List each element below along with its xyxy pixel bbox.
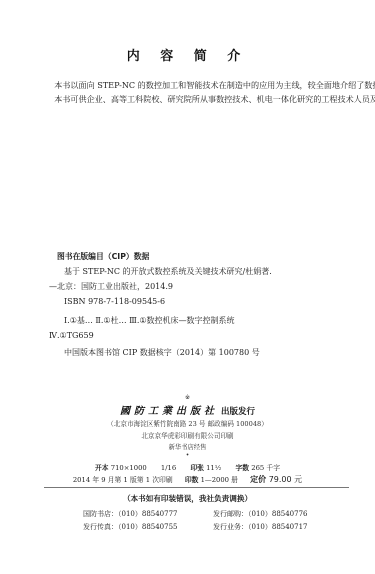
publisher-action: 出版发行 (221, 407, 255, 417)
summary-paragraph: 本书可供企业、高等工科院校、研究院所从事数控技术、机电一体化研究的工程技术人员及… (38, 93, 341, 107)
replacement-notice: （本书如有印装错误，我社负责调换） (0, 493, 375, 504)
book-specs: 开本 710×1000 1/16 印张 11½ 字数 265 千字 (0, 462, 375, 472)
cip-classification: Ⅰ.①基… Ⅱ.①杜… Ⅲ.①数控机床—数字控制系统 (57, 313, 272, 328)
publisher-address: （北京市海淀区紫竹院南路 23 号 邮政编码 100048） (0, 418, 375, 428)
cip-publisher-line: —北京：国防工业出版社，2014.9 (49, 279, 272, 294)
page-title: 内 容 简 介 (0, 45, 375, 64)
format-value: 710×1000 (111, 464, 147, 472)
separator-dot: • (0, 452, 375, 459)
fold: 1/16 (161, 464, 176, 472)
separator-mark: ※ (0, 394, 375, 401)
publisher-line: 國防工業出版社 出版发行 (0, 402, 375, 417)
cip-number: 中国版本图书馆 CIP 数据核字（2014）第 100780 号 (64, 347, 260, 358)
mail-order-phone: 发行邮购：（010）88540776 (213, 508, 343, 521)
summary-text: 本书以面向 STEP-NC 的数控加工和智能技术在制造中的应用为主线，较全面地介… (38, 79, 341, 106)
format-label: 开本 (95, 464, 109, 472)
price-label: 定价 (250, 475, 266, 484)
sheets-value: 11½ (206, 464, 221, 472)
cip-heading: 图书在版编目（CIP）数据 (57, 249, 272, 264)
summary-paragraph: 本书以面向 STEP-NC 的数控加工和智能技术在制造中的应用为主线，较全面地介… (38, 79, 341, 93)
cip-block: 图书在版编目（CIP）数据 基于 STEP-NC 的开放式数控系统及关键技术研究… (57, 249, 272, 343)
print-run-value: 1—2000 册 (201, 476, 238, 484)
cip-classification-2: Ⅳ.①TG659 (49, 328, 272, 343)
edition: 2014 年 9 月第 1 版第 1 次印刷 (73, 476, 173, 484)
contact-phones: 国防书店：（010）88540777 发行邮购：（010）88540776 发行… (83, 508, 343, 534)
words-value: 265 千字 (251, 464, 280, 472)
bookstore-phone: 国防书店：（010）88540777 (83, 508, 213, 521)
business-phone: 发行业务：（010）88540717 (213, 521, 343, 534)
print-run-label: 印数 (185, 476, 199, 484)
cip-title-line: 基于 STEP-NC 的开放式数控系统及关键技术研究/杜娟著. (57, 264, 272, 279)
fax-phone: 发行传真：（010）88540755 (83, 521, 213, 534)
printer: 北京京华虎彩印刷有限公司印刷 (0, 430, 375, 440)
price-value: 79.00 元 (269, 475, 302, 484)
publisher-logo: 國防工業出版社 (120, 406, 218, 417)
sheets-label: 印张 (190, 464, 204, 472)
divider-line (44, 487, 349, 488)
cip-isbn: ISBN 978-7-118-09545-6 (57, 294, 272, 309)
edition-line: 2014 年 9 月第 1 版第 1 次印刷 印数 1—2000 册 定价 79… (0, 474, 375, 485)
distributor: 新华书店经售 (0, 442, 375, 451)
words-label: 字数 (236, 464, 250, 472)
